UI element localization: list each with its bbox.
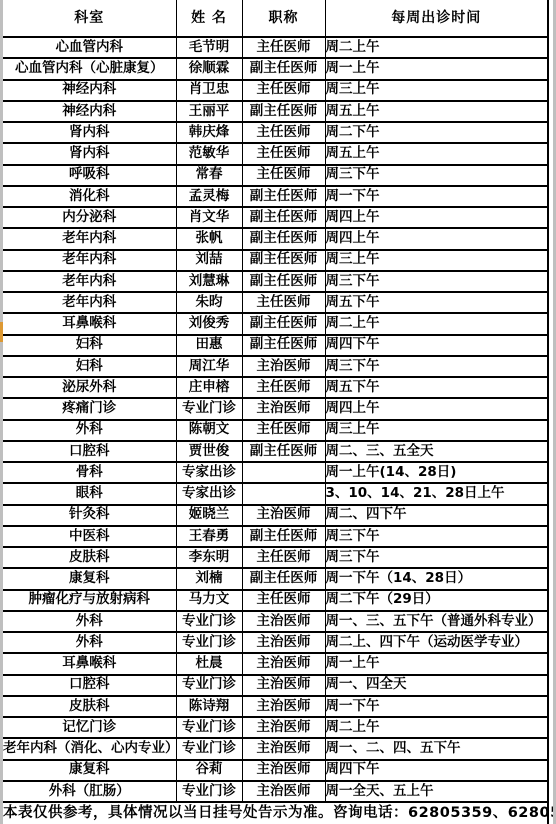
table-row: 老年内科（消化、心内专业）专业门诊主治医师周一、二、四、五下午 [3, 738, 548, 759]
time-cell: 周五上午 [325, 101, 548, 122]
table-row: 妇科周江华主治医师周三下午 [3, 356, 548, 377]
title-cell: 副主任医师 [242, 101, 325, 122]
header-schedule: 每周出诊时间 [325, 0, 548, 37]
name-cell: 田惠 [176, 335, 242, 356]
title-cell: 主治医师 [242, 632, 325, 653]
dept-cell: 口腔科 [3, 441, 176, 462]
table-row: 内分泌科肖文华副主任医师周四上午 [3, 207, 548, 228]
time-cell: 周一、四全天 [325, 675, 548, 696]
table-row: 神经内科王丽平副主任医师周五上午 [3, 101, 548, 122]
time-cell: 周四上午 [325, 207, 548, 228]
table-row: 老年内科刘慧琳副主任医师周三下午 [3, 271, 548, 292]
dept-cell: 老年内科（消化、心内专业） [3, 738, 176, 759]
title-cell: 主治医师 [242, 398, 325, 419]
title-cell: 主任医师 [242, 37, 325, 58]
table-row: 肾内科韩庆烽主任医师周二下午 [3, 122, 548, 143]
table-row: 老年内科刘喆副主任医师周三上午 [3, 250, 548, 271]
name-cell: 刘喆 [176, 250, 242, 271]
name-cell: 谷莉 [176, 760, 242, 781]
table-row: 皮肤科李东明主任医师周三下午 [3, 547, 548, 568]
dept-cell: 泌尿外科 [3, 377, 176, 398]
time-cell: 周三下午 [325, 271, 548, 292]
footer-row: 本表仅供参考，具体情况以当日挂号处告示为准。咨询电话：62805359、6280… [3, 802, 548, 824]
name-cell: 徐顺霖 [176, 58, 242, 79]
title-cell: 副主任医师 [242, 313, 325, 334]
header-name: 姓 名 [176, 0, 242, 37]
title-cell: 主治医师 [242, 505, 325, 526]
table-row: 心血管内科毛节明主任医师周二上午 [3, 37, 548, 58]
title-cell: 主治医师 [242, 738, 325, 759]
name-cell: 毛节明 [176, 37, 242, 58]
time-cell: 周四上午 [325, 228, 548, 249]
name-cell: 肖文华 [176, 207, 242, 228]
title-cell: 主治医师 [242, 696, 325, 717]
left-window-edge [0, 0, 3, 824]
table-row: 眼科专家出诊3、10、14、21、28日上午 [3, 483, 548, 504]
table-row: 肿瘤化疗与放射病科马力文主任医师周二下午（29日） [3, 590, 548, 611]
time-cell: 周三上午 [325, 80, 548, 101]
time-cell: 周一上午 [325, 58, 548, 79]
table-row: 针灸科姬晓兰主治医师周二、四下午 [3, 505, 548, 526]
table-row: 外科专业门诊主治医师周一、三、五下午（普通外科专业） [3, 611, 548, 632]
time-cell: 周一下午（14、28日） [325, 568, 548, 589]
header-department: 科室 [3, 0, 176, 37]
dept-cell: 老年内科 [3, 271, 176, 292]
time-cell: 周一上午(14、28日) [325, 462, 548, 483]
time-cell: 周五上午 [325, 143, 548, 164]
table-row: 外科陈朝文主任医师周三上午 [3, 420, 548, 441]
dept-cell: 消化科 [3, 186, 176, 207]
name-cell: 专业门诊 [176, 781, 242, 802]
time-cell: 周二上午 [325, 313, 548, 334]
name-cell: 专家出诊 [176, 462, 242, 483]
title-cell: 主任医师 [242, 292, 325, 313]
dept-cell: 眼科 [3, 483, 176, 504]
time-cell: 周四上午 [325, 398, 548, 419]
dept-cell: 中医科 [3, 526, 176, 547]
time-cell: 周二下午 [325, 122, 548, 143]
time-cell: 周五下午 [325, 377, 548, 398]
table-row: 皮肤科陈诗翔主治医师周一下午 [3, 696, 548, 717]
name-cell: 专业门诊 [176, 738, 242, 759]
title-cell: 主任医师 [242, 547, 325, 568]
time-cell: 周二上午 [325, 37, 548, 58]
time-cell: 周一上午 [325, 653, 548, 674]
table-row: 外科（肛肠）专业门诊主治医师周一全天、五上午 [3, 781, 548, 802]
table-row: 妇科田惠副主任医师周四下午 [3, 335, 548, 356]
dept-cell: 心血管内科 [3, 37, 176, 58]
title-cell: 主治医师 [242, 717, 325, 738]
time-cell: 周五下午 [325, 292, 548, 313]
table-header: 科室 姓 名 职称 每周出诊时间 [3, 0, 548, 37]
title-cell: 主任医师 [242, 420, 325, 441]
table-row: 耳鼻喉科杜晨主治医师周一上午 [3, 653, 548, 674]
dept-cell: 妇科 [3, 356, 176, 377]
title-cell: 副主任医师 [242, 228, 325, 249]
name-cell: 庄申榕 [176, 377, 242, 398]
title-cell: 主治医师 [242, 356, 325, 377]
header-row: 科室 姓 名 职称 每周出诊时间 [3, 0, 548, 37]
dept-cell: 耳鼻喉科 [3, 653, 176, 674]
name-cell: 周江华 [176, 356, 242, 377]
table-row: 外科专业门诊主治医师周二上、四下午（运动医学专业） [3, 632, 548, 653]
title-cell: 副主任医师 [242, 58, 325, 79]
dept-cell: 记忆门诊 [3, 717, 176, 738]
title-cell: 副主任医师 [242, 568, 325, 589]
table-footer: 本表仅供参考，具体情况以当日挂号处告示为准。咨询电话：62805359、6280… [3, 802, 548, 824]
clinic-schedule-table: 科室 姓 名 职称 每周出诊时间 心血管内科毛节明主任医师周二上午心血管内科（心… [3, 0, 549, 824]
name-cell: 专业门诊 [176, 398, 242, 419]
dept-cell: 疼痛门诊 [3, 398, 176, 419]
title-cell: 副主任医师 [242, 207, 325, 228]
dept-cell: 康复科 [3, 760, 176, 781]
dept-cell: 肾内科 [3, 122, 176, 143]
name-cell: 陈诗翔 [176, 696, 242, 717]
name-cell: 专业门诊 [176, 717, 242, 738]
name-cell: 杜晨 [176, 653, 242, 674]
title-cell: 主治医师 [242, 781, 325, 802]
table-row: 消化科孟灵梅副主任医师周一下午 [3, 186, 548, 207]
table-row: 肾内科范敏华主任医师周五上午 [3, 143, 548, 164]
title-cell: 主治医师 [242, 611, 325, 632]
title-cell: 主治医师 [242, 675, 325, 696]
name-cell: 张帆 [176, 228, 242, 249]
name-cell: 刘慧琳 [176, 271, 242, 292]
dept-cell: 心血管内科（心脏康复） [3, 58, 176, 79]
table-row: 康复科谷莉主治医师周四下午 [3, 760, 548, 781]
table-row: 中医科王春勇副主任医师周三下午 [3, 526, 548, 547]
table-row: 口腔科贾世俊副主任医师周二、三、五全天 [3, 441, 548, 462]
time-cell: 周一下午 [325, 696, 548, 717]
dept-cell: 康复科 [3, 568, 176, 589]
title-cell: 副主任医师 [242, 186, 325, 207]
dept-cell: 老年内科 [3, 250, 176, 271]
table-row: 口腔科专业门诊主治医师周一、四全天 [3, 675, 548, 696]
title-cell: 主任医师 [242, 590, 325, 611]
name-cell: 专业门诊 [176, 632, 242, 653]
dept-cell: 口腔科 [3, 675, 176, 696]
dept-cell: 外科 [3, 632, 176, 653]
title-cell: 副主任医师 [242, 250, 325, 271]
dept-cell: 老年内科 [3, 228, 176, 249]
dept-cell: 皮肤科 [3, 696, 176, 717]
table-row: 心血管内科（心脏康复）徐顺霖副主任医师周一上午 [3, 58, 548, 79]
name-cell: 韩庆烽 [176, 122, 242, 143]
time-cell: 周一全天、五上午 [325, 781, 548, 802]
time-cell: 周二下午（29日） [325, 590, 548, 611]
name-cell: 王丽平 [176, 101, 242, 122]
dept-cell: 针灸科 [3, 505, 176, 526]
dept-cell: 肿瘤化疗与放射病科 [3, 590, 176, 611]
name-cell: 姬晓兰 [176, 505, 242, 526]
dept-cell: 妇科 [3, 335, 176, 356]
name-cell: 李东明 [176, 547, 242, 568]
title-cell: 主任医师 [242, 377, 325, 398]
title-cell: 主任医师 [242, 80, 325, 101]
title-cell [242, 483, 325, 504]
time-cell: 周二、四下午 [325, 505, 548, 526]
name-cell: 专业门诊 [176, 611, 242, 632]
table-row: 呼吸科常春主任医师周三下午 [3, 165, 548, 186]
dept-cell: 肾内科 [3, 143, 176, 164]
name-cell: 专家出诊 [176, 483, 242, 504]
time-cell: 周三下午 [325, 547, 548, 568]
table-row: 老年内科朱昀主任医师周五下午 [3, 292, 548, 313]
dept-cell: 呼吸科 [3, 165, 176, 186]
table-row: 耳鼻喉科刘俊秀副主任医师周二上午 [3, 313, 548, 334]
name-cell: 陈朝文 [176, 420, 242, 441]
table-row: 骨科专家出诊周一上午(14、28日) [3, 462, 548, 483]
time-cell: 周三上午 [325, 250, 548, 271]
time-cell: 周三下午 [325, 165, 548, 186]
title-cell: 副主任医师 [242, 526, 325, 547]
time-cell: 周二、三、五全天 [325, 441, 548, 462]
name-cell: 贾世俊 [176, 441, 242, 462]
time-cell: 周三下午 [325, 526, 548, 547]
dept-cell: 内分泌科 [3, 207, 176, 228]
time-cell: 周三下午 [325, 356, 548, 377]
dept-cell: 外科（肛肠） [3, 781, 176, 802]
name-cell: 常春 [176, 165, 242, 186]
name-cell: 孟灵梅 [176, 186, 242, 207]
schedule-body: 心血管内科毛节明主任医师周二上午心血管内科（心脏康复）徐顺霖副主任医师周一上午神… [3, 37, 548, 802]
title-cell: 主治医师 [242, 760, 325, 781]
time-cell: 3、10、14、21、28日上午 [325, 483, 548, 504]
title-cell: 主任医师 [242, 165, 325, 186]
dept-cell: 骨科 [3, 462, 176, 483]
table-row: 疼痛门诊专业门诊主治医师周四上午 [3, 398, 548, 419]
dept-cell: 神经内科 [3, 80, 176, 101]
name-cell: 刘俊秀 [176, 313, 242, 334]
name-cell: 肖卫忠 [176, 80, 242, 101]
dept-cell: 老年内科 [3, 292, 176, 313]
table-row: 泌尿外科庄申榕主任医师周五下午 [3, 377, 548, 398]
title-cell [242, 462, 325, 483]
time-cell: 周四下午 [325, 760, 548, 781]
name-cell: 刘楠 [176, 568, 242, 589]
table-row: 记忆门诊专业门诊主治医师周二上午 [3, 717, 548, 738]
clinic-schedule-page: 科室 姓 名 职称 每周出诊时间 心血管内科毛节明主任医师周二上午心血管内科（心… [0, 0, 556, 824]
name-cell: 范敏华 [176, 143, 242, 164]
time-cell: 周一、三、五下午（普通外科专业） [325, 611, 548, 632]
name-cell: 专业门诊 [176, 675, 242, 696]
time-cell: 周四下午 [325, 335, 548, 356]
table-row: 神经内科肖卫忠主任医师周三上午 [3, 80, 548, 101]
time-cell: 周三上午 [325, 420, 548, 441]
title-cell: 主任医师 [242, 143, 325, 164]
name-cell: 马力文 [176, 590, 242, 611]
time-cell: 周二上、四下午（运动医学专业） [325, 632, 548, 653]
table-row: 康复科刘楠副主任医师周一下午（14、28日） [3, 568, 548, 589]
title-cell: 副主任医师 [242, 441, 325, 462]
footer-note: 本表仅供参考，具体情况以当日挂号处告示为准。咨询电话：62805359、6280… [3, 802, 548, 824]
title-cell: 主任医师 [242, 122, 325, 143]
header-title: 职称 [242, 0, 325, 37]
name-cell: 朱昀 [176, 292, 242, 313]
dept-cell: 外科 [3, 611, 176, 632]
row-highlight-marker [0, 322, 3, 342]
name-cell: 王春勇 [176, 526, 242, 547]
time-cell: 周一、二、四、五下午 [325, 738, 548, 759]
table-row: 老年内科张帆副主任医师周四上午 [3, 228, 548, 249]
title-cell: 主治医师 [242, 653, 325, 674]
dept-cell: 外科 [3, 420, 176, 441]
time-cell: 周一下午 [325, 186, 548, 207]
time-cell: 周二上午 [325, 717, 548, 738]
dept-cell: 皮肤科 [3, 547, 176, 568]
title-cell: 副主任医师 [242, 335, 325, 356]
title-cell: 副主任医师 [242, 271, 325, 292]
dept-cell: 神经内科 [3, 101, 176, 122]
dept-cell: 耳鼻喉科 [3, 313, 176, 334]
